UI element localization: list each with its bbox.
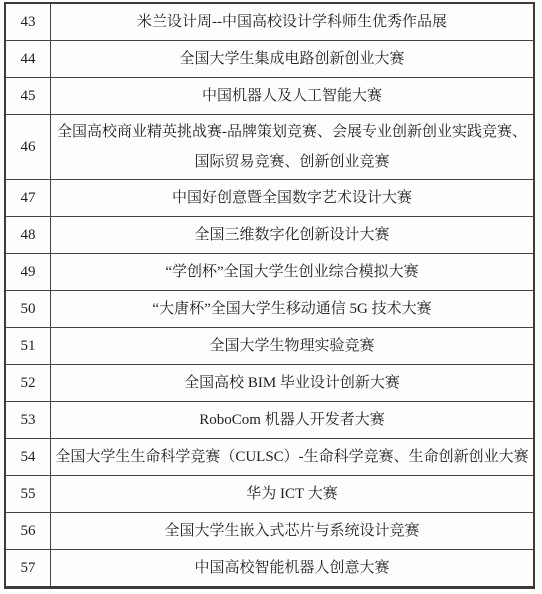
competition-name: 全国高校 BIM 毕业设计创新大赛	[51, 365, 535, 402]
competition-name: RoboCom 机器人开发者大赛	[51, 402, 535, 439]
competition-name: 全国大学生物理实验竞赛	[51, 328, 535, 365]
table-row: 51全国大学生物理实验竞赛	[5, 328, 534, 365]
competition-name: 中国好创意暨全国数字艺术设计大赛	[51, 180, 535, 217]
competition-table: 43米兰设计周--中国高校设计学科师生优秀作品展44全国大学生集成电路创新创业大…	[4, 2, 535, 589]
row-number: 49	[5, 254, 51, 291]
table-row: 44全国大学生集成电路创新创业大赛	[5, 41, 534, 78]
row-number: 56	[5, 513, 51, 550]
row-number: 54	[5, 439, 51, 476]
row-number: 53	[5, 402, 51, 439]
table-row: 53RoboCom 机器人开发者大赛	[5, 402, 534, 439]
row-number: 47	[5, 180, 51, 217]
table-row: 50“大唐杯”全国大学生移动通信 5G 技术大赛	[5, 291, 534, 328]
row-number: 45	[5, 78, 51, 115]
row-number: 55	[5, 476, 51, 513]
competition-name: 全国大学生生命科学竞赛（CULSC）-生命科学竞赛、生命创新创业大赛	[51, 439, 535, 476]
competition-name: “学创杯”全国大学生创业综合模拟大赛	[51, 254, 535, 291]
table-row: 48全国三维数字化创新设计大赛	[5, 217, 534, 254]
table-row: 52全国高校 BIM 毕业设计创新大赛	[5, 365, 534, 402]
table-row: 57中国高校智能机器人创意大赛	[5, 550, 534, 588]
competition-table-body: 43米兰设计周--中国高校设计学科师生优秀作品展44全国大学生集成电路创新创业大…	[5, 3, 534, 588]
row-number: 52	[5, 365, 51, 402]
table-row: 43米兰设计周--中国高校设计学科师生优秀作品展	[5, 3, 534, 41]
row-number: 44	[5, 41, 51, 78]
document-page: 43米兰设计周--中国高校设计学科师生优秀作品展44全国大学生集成电路创新创业大…	[0, 0, 542, 594]
competition-name: 全国高校商业精英挑战赛-品牌策划竞赛、会展专业创新创业实践竞赛、国际贸易竞赛、创…	[51, 115, 535, 180]
competition-name: 全国三维数字化创新设计大赛	[51, 217, 535, 254]
competition-name: “大唐杯”全国大学生移动通信 5G 技术大赛	[51, 291, 535, 328]
competition-name: 中国高校智能机器人创意大赛	[51, 550, 535, 588]
row-number: 50	[5, 291, 51, 328]
competition-name: 全国大学生嵌入式芯片与系统设计竞赛	[51, 513, 535, 550]
competition-name: 米兰设计周--中国高校设计学科师生优秀作品展	[51, 3, 535, 41]
row-number: 48	[5, 217, 51, 254]
table-row: 49“学创杯”全国大学生创业综合模拟大赛	[5, 254, 534, 291]
competition-name: 中国机器人及人工智能大赛	[51, 78, 535, 115]
table-row: 55华为 ICT 大赛	[5, 476, 534, 513]
competition-name: 华为 ICT 大赛	[51, 476, 535, 513]
row-number: 51	[5, 328, 51, 365]
table-row: 46全国高校商业精英挑战赛-品牌策划竞赛、会展专业创新创业实践竞赛、国际贸易竞赛…	[5, 115, 534, 180]
row-number: 57	[5, 550, 51, 588]
table-row: 47中国好创意暨全国数字艺术设计大赛	[5, 180, 534, 217]
row-number: 46	[5, 115, 51, 180]
row-number: 43	[5, 3, 51, 41]
table-row: 54全国大学生生命科学竞赛（CULSC）-生命科学竞赛、生命创新创业大赛	[5, 439, 534, 476]
table-row: 56全国大学生嵌入式芯片与系统设计竞赛	[5, 513, 534, 550]
table-row: 45中国机器人及人工智能大赛	[5, 78, 534, 115]
competition-name: 全国大学生集成电路创新创业大赛	[51, 41, 535, 78]
